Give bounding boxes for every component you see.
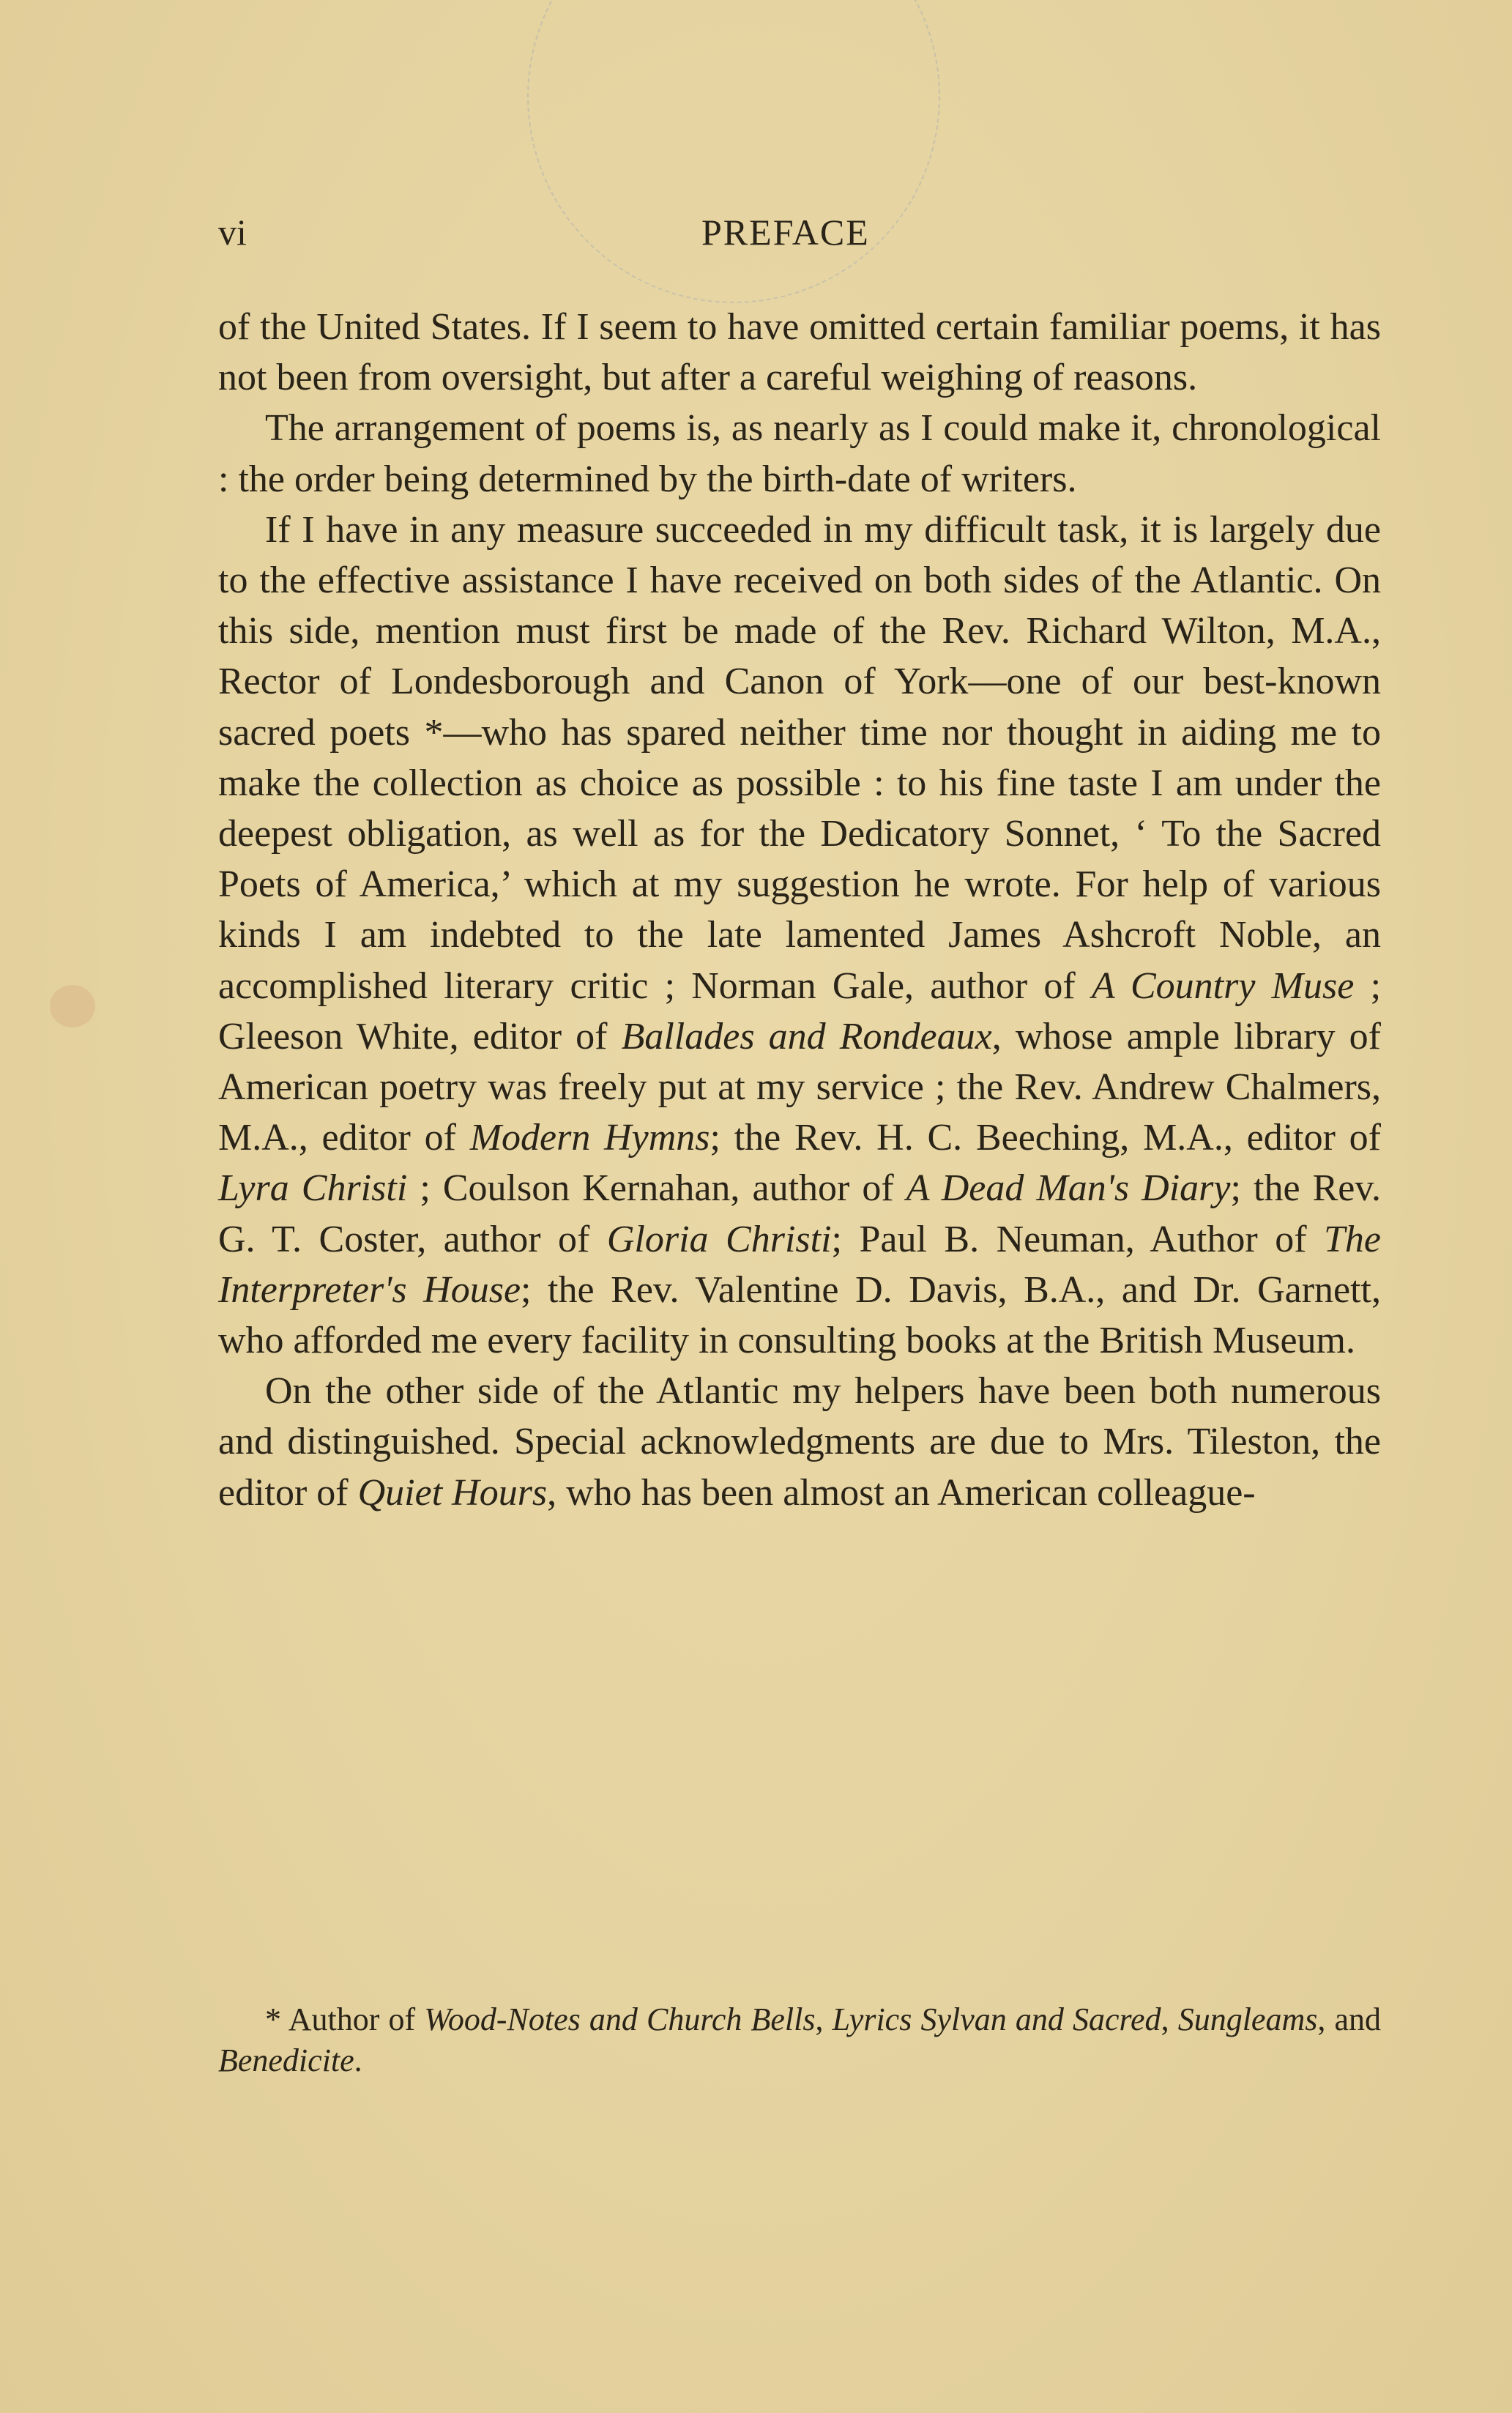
- book-title: Sungleams: [1178, 2001, 1318, 2037]
- running-title: PREFACE: [701, 211, 870, 253]
- foxing-stain: [50, 985, 95, 1027]
- text-run: If I have in any measure succeeded in my…: [218, 509, 1381, 1007]
- page-number: vi: [218, 211, 247, 253]
- book-title: Quiet Hours: [358, 1472, 548, 1514]
- paragraph-4: On the other side of the Atlantic my hel…: [218, 1366, 1381, 1518]
- book-title: Gloria Christi: [607, 1219, 832, 1260]
- book-title: A Country Muse: [1092, 965, 1354, 1007]
- book-title: Modern Hymns: [470, 1117, 710, 1159]
- text-run: ,: [816, 2001, 833, 2037]
- library-stamp-mark: [527, 0, 940, 303]
- paragraph-3: If I have in any measure succeeded in my…: [218, 505, 1381, 1366]
- book-title: Lyra Christi: [218, 1167, 407, 1209]
- text-run: ; the Rev. H. C. Beeching, M.A., editor …: [710, 1117, 1381, 1159]
- text-run: ,: [1161, 2001, 1178, 2037]
- book-title: Benedicite: [218, 2042, 354, 2078]
- book-title: Lyrics Sylvan and Sacred: [833, 2001, 1161, 2037]
- page-header: vi PREFACE: [218, 211, 1390, 255]
- text-run: ; Paul B. Neuman, Author of: [832, 1219, 1324, 1260]
- paragraph-1: of the United States. If I seem to have …: [218, 302, 1381, 403]
- text-run: , and: [1317, 2001, 1381, 2037]
- scanned-page: vi PREFACE of the United States. If I se…: [0, 0, 1512, 2413]
- text-run: * Author of: [265, 2001, 424, 2037]
- book-title: Ballades and Rondeaux: [622, 1016, 992, 1057]
- text-run: ; Coulson Kernahan, author of: [407, 1167, 906, 1209]
- book-title: Wood-Notes and Church Bells: [424, 2001, 815, 2037]
- footnote: * Author of Wood-Notes and Church Bells,…: [218, 1999, 1381, 2081]
- text-run: , who has been almost an American collea…: [547, 1472, 1255, 1514]
- text-run: .: [354, 2042, 362, 2078]
- book-title: A Dead Man's Diary: [906, 1167, 1231, 1209]
- body-text: of the United States. If I seem to have …: [218, 302, 1381, 1518]
- paragraph-2: The arrangement of poems is, as nearly a…: [218, 403, 1381, 504]
